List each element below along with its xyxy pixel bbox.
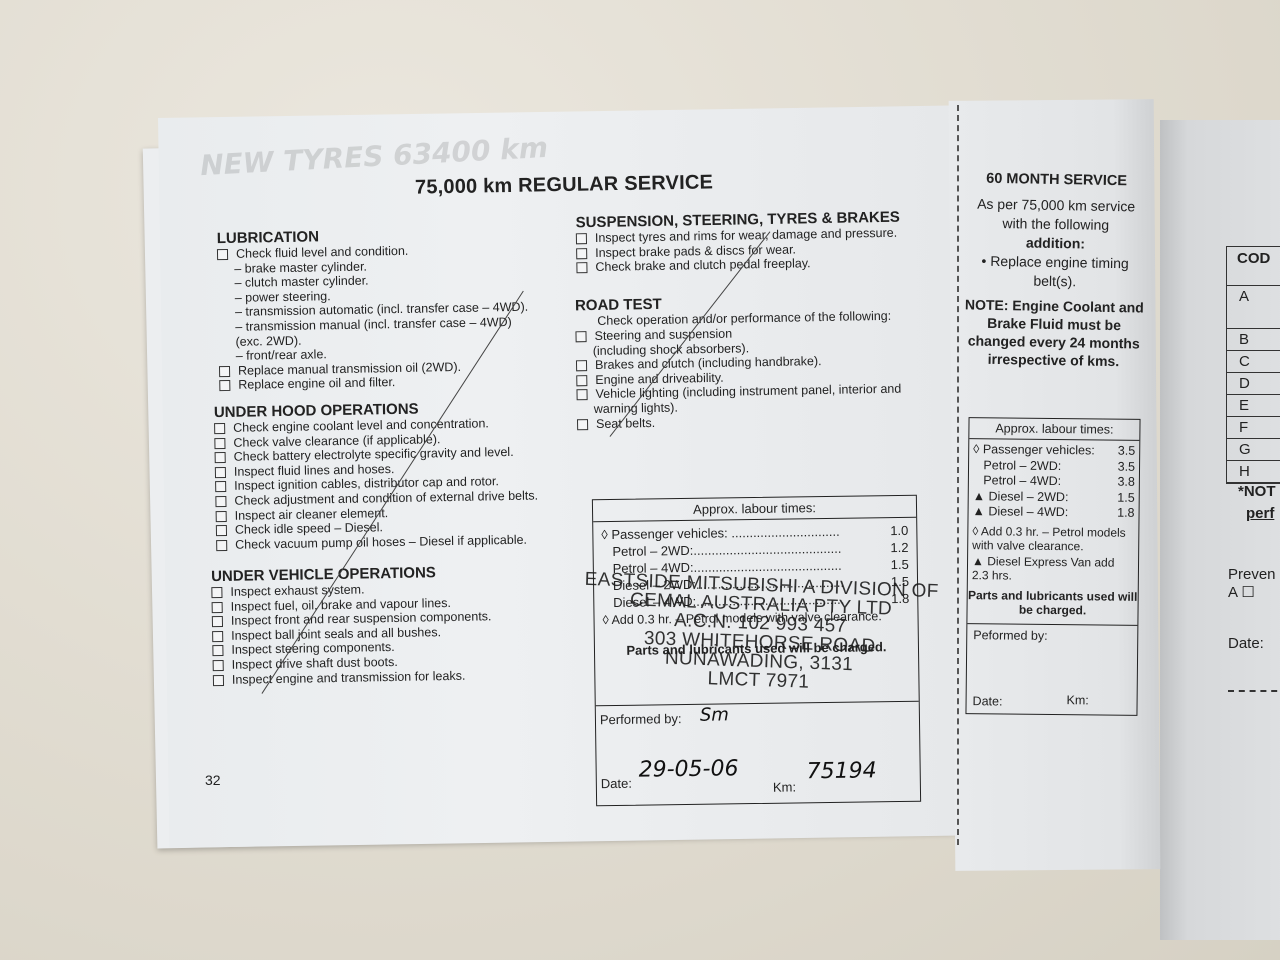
month60-heading: 60 MONTH SERVICE [966, 170, 1146, 189]
code-row: G [1227, 439, 1280, 461]
checkbox[interactable] [215, 496, 226, 507]
road-test-list: Steering and suspension(including shock … [575, 323, 957, 432]
labour-row-value: 1.2 [890, 539, 908, 556]
month60-performed-by-label: Peformed by: [973, 628, 1047, 643]
suspension-section: SUSPENSION, STEERING, TYRES & BRAKES Ins… [575, 208, 956, 275]
month60-date-label: Date: [973, 694, 1003, 708]
checkbox[interactable] [215, 452, 226, 463]
checkbox[interactable] [211, 587, 222, 598]
under-vehicle-list: Inspect exhaust system.Inspect fuel, oil… [211, 579, 573, 687]
km-label: Km: [773, 779, 796, 794]
code-rows: ABCDEFGH [1227, 286, 1280, 483]
next-page [1160, 120, 1280, 940]
month60-line1: As per 75,000 km service [966, 194, 1146, 216]
checkbox[interactable] [216, 511, 227, 522]
month60-labour-rows: ◊ Passenger vehicles:3.5 Petrol – 2WD:3.… [968, 439, 1139, 521]
checkbox[interactable] [212, 645, 223, 656]
checkbox[interactable] [212, 631, 223, 642]
checkbox[interactable] [216, 525, 227, 536]
box-divider [596, 701, 919, 707]
next-page-note2: perf [1246, 505, 1274, 522]
labour-row: ▲ Diesel – 4WD:1.8 [972, 504, 1134, 521]
list-item-text: Seat belts. [596, 416, 655, 432]
labour-row-value: 1.0 [890, 522, 908, 539]
labour-row: ◊ Passenger vehicles:3.5 [973, 442, 1135, 459]
labour-row: Petrol – 2WD:3.5 [973, 458, 1135, 475]
code-row: D [1227, 373, 1280, 395]
performed-by-signature: Sm [700, 704, 729, 725]
month60-labour-heading: Approx. labour times: [969, 418, 1139, 441]
checkbox[interactable] [576, 248, 587, 259]
month60-note1: ◊ Add 0.3 hr. – Petrol models with valve… [968, 520, 1138, 554]
checkbox[interactable] [217, 249, 228, 260]
labour-row-value: 1.8 [1117, 506, 1135, 522]
code-row: E [1227, 395, 1280, 417]
checkbox[interactable] [213, 660, 224, 671]
list-item-text: (exc. 2WD). [235, 333, 301, 349]
month60-labour-box: Approx. labour times: ◊ Passenger vehicl… [965, 417, 1140, 716]
list-item-text: Replace engine oil and filter. [238, 375, 395, 392]
code-row: H [1227, 461, 1280, 483]
list-item-text: Check fluid level and condition. [236, 244, 409, 262]
checkbox[interactable] [214, 423, 225, 434]
box-divider [967, 623, 1137, 626]
month60-footer: Parts and lubricants used will be charge… [967, 588, 1137, 618]
road-test-section: ROAD TEST Check operation and/or perform… [575, 291, 957, 432]
performed-by-label: Performed by: [600, 711, 682, 727]
checkbox[interactable] [215, 467, 226, 478]
labour-row: Petrol – 4WD:3.8 [973, 473, 1135, 490]
checkbox[interactable] [575, 331, 586, 342]
list-item-text: – power steering. [235, 289, 331, 305]
checkbox[interactable] [213, 675, 224, 686]
list-item-text: – clutch master cylinder. [234, 274, 368, 291]
date-value: 29-05-06 [638, 756, 738, 782]
month60-note2: ▲ Diesel Express Van add 2.3 hrs. [968, 552, 1138, 586]
km-value: 75194 [807, 758, 877, 784]
list-item-text: – front/rear axle. [236, 347, 327, 363]
checkbox[interactable] [219, 366, 230, 377]
labour-row-label: Petrol – 4WD: [973, 473, 1061, 489]
month60-note: NOTE: Engine Coolant and Brake Fluid mus… [963, 295, 1144, 370]
under-vehicle-section: UNDER VEHICLE OPERATIONS Inspect exhaust… [211, 562, 573, 687]
labour-row-label: ▲ Diesel – 4WD: [972, 504, 1068, 521]
month60-section: 60 MONTH SERVICE As per 75,000 km servic… [963, 170, 1146, 370]
prevent-label: Preven [1228, 566, 1276, 583]
code-header: COD [1227, 247, 1280, 286]
labour-row: ▲ Diesel – 2WD:1.5 [973, 489, 1135, 506]
suspension-list: Inspect tyres and rims for wear, damage … [576, 225, 957, 275]
labour-row-value: 1.5 [891, 556, 909, 573]
under-hood-list: Check engine coolant level and concentra… [214, 415, 576, 553]
month60-km-label: Km: [1067, 693, 1089, 707]
dealer-stamp: EASTSIDE MITSUBISHI A DIVISION OFCEMAL A… [573, 570, 947, 697]
checkbox[interactable] [215, 481, 226, 492]
next-page-perforation [1228, 690, 1280, 692]
next-page-date-label: Date: [1228, 635, 1264, 652]
code-table: COD ABCDEFGH [1226, 246, 1280, 484]
checkbox[interactable] [576, 375, 587, 386]
labour-row-value: 3.8 [1117, 475, 1135, 491]
checkbox[interactable] [219, 380, 230, 391]
code-row: C [1227, 351, 1280, 373]
labour-row-value: 1.5 [1117, 490, 1135, 506]
date-label: Date: [601, 776, 632, 791]
lubrication-section: LUBRICATION Check fluid level and condit… [217, 224, 580, 393]
checkbox[interactable] [576, 360, 587, 371]
labour-row-label: ◊ Passenger vehicles: [973, 442, 1095, 459]
labour-row-label: Petrol – 2WD: [973, 458, 1061, 474]
lubrication-list: Check fluid level and condition.– brake … [217, 241, 579, 393]
checkbox[interactable] [576, 389, 587, 400]
perforation-line [957, 105, 959, 845]
checkbox[interactable] [212, 602, 223, 613]
under-hood-section: UNDER HOOD OPERATIONS Check engine coola… [214, 398, 577, 553]
labour-row-value: 3.5 [1118, 459, 1136, 475]
next-page-note: *NOT [1238, 483, 1276, 500]
labour-row-label: ▲ Diesel – 2WD: [973, 489, 1069, 506]
code-row: A [1227, 286, 1280, 329]
checkbox[interactable] [216, 540, 227, 551]
checkbox[interactable] [214, 438, 225, 449]
checkbox[interactable] [212, 616, 223, 627]
prevent-option: A ☐ [1228, 583, 1255, 601]
code-row: F [1227, 417, 1280, 439]
month60-bullet: • Replace engine timing belt(s). [965, 251, 1146, 292]
labour-row-value: 3.5 [1118, 444, 1136, 460]
checkbox[interactable] [577, 419, 588, 430]
checkbox[interactable] [576, 262, 587, 273]
code-row: B [1227, 329, 1280, 351]
checkbox[interactable] [576, 233, 587, 244]
page-number: 32 [205, 772, 221, 788]
